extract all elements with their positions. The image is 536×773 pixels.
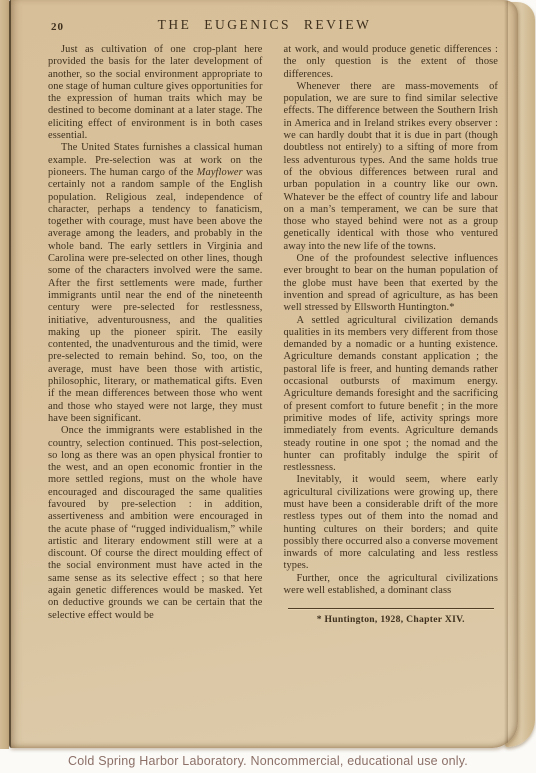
paragraph-text: was certainly not a random sample of the… bbox=[48, 167, 263, 424]
paragraph: Further, once the agricultural civilizat… bbox=[284, 573, 499, 598]
paragraph: One of the profoundest selective influen… bbox=[284, 253, 499, 314]
column-right: at work, and would produce genetic diffe… bbox=[284, 44, 499, 625]
archive-caption: Cold Spring Harbor Laboratory. Noncommer… bbox=[68, 754, 468, 768]
caption-bar: Cold Spring Harbor Laboratory. Noncommer… bbox=[0, 752, 536, 772]
paragraph: Whenever there are mass-movements of pop… bbox=[284, 81, 499, 253]
paragraph: Just as cultivation of one crop-plant he… bbox=[48, 44, 263, 142]
text-columns: Just as cultivation of one crop-plant he… bbox=[11, 40, 518, 625]
column-left: Just as cultivation of one crop-plant he… bbox=[48, 44, 263, 625]
running-title: THE EUGENICS REVIEW bbox=[11, 17, 518, 33]
page-curl-crease bbox=[504, 0, 508, 748]
paragraph: at work, and would produce genetic diffe… bbox=[284, 44, 499, 81]
footnote: * Huntington, 1928, Chapter XIV. bbox=[286, 614, 497, 625]
book-spine-edge bbox=[0, 0, 9, 749]
screenshot-root: { "caption": "Cold Spring Harbor Laborat… bbox=[0, 0, 536, 773]
page-header: 20 THE EUGENICS REVIEW bbox=[11, 0, 518, 40]
paragraph: Once the immigrants were established in … bbox=[48, 425, 263, 622]
scanned-page: 20 THE EUGENICS REVIEW Just as cultivati… bbox=[9, 0, 518, 748]
footnote-block: * Huntington, 1928, Chapter XIV. bbox=[284, 608, 499, 625]
paragraph: The United States furnishes a classical … bbox=[48, 142, 263, 425]
italic-title: Mayflower bbox=[197, 167, 243, 178]
footnote-rule bbox=[288, 608, 495, 609]
paragraph: A settled agricultural civilization dema… bbox=[284, 315, 499, 475]
paragraph: Inevitably, it would seem, where early a… bbox=[284, 474, 499, 572]
